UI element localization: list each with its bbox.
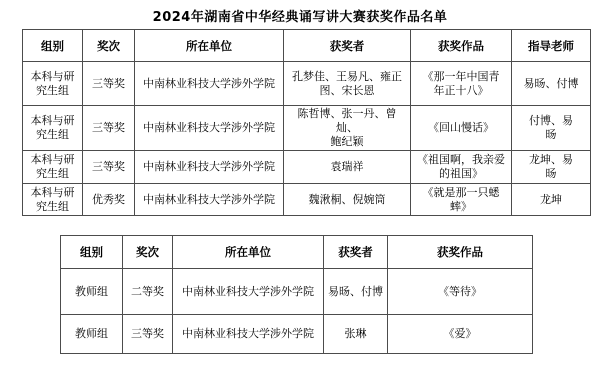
cell-group: 本科与研 究生组 xyxy=(23,106,83,151)
document-page: 2024年湖南省中华经典诵写讲大赛获奖作品名单 组别 奖次 所在单位 获奖者 获… xyxy=(0,0,600,366)
cell-winner: 魏湫桐、倪婉筒 xyxy=(284,184,411,216)
cell-work: 《等待》 xyxy=(388,269,533,315)
cell-award-level: 优秀奖 xyxy=(83,184,135,216)
table-row: 本科与研 究生组 三等奖 中南林业科技大学涉外学院 孔梦佳、王易凡、雍正 图、宋… xyxy=(23,62,591,106)
cell-work: 《就是那一只蟋 蟀》 xyxy=(411,184,512,216)
table-row: 教师组 三等奖 中南林业科技大学涉外学院 张琳 《爱》 xyxy=(61,315,533,354)
cell-work: 《祖国啊，我亲爱 的祖国》 xyxy=(411,151,512,184)
table-row: 教师组 二等奖 中南林业科技大学涉外学院 易旸、付博 《等待》 xyxy=(61,269,533,315)
table-row: 本科与研 究生组 优秀奖 中南林业科技大学涉外学院 魏湫桐、倪婉筒 《就是那一只… xyxy=(23,184,591,216)
cell-group: 教师组 xyxy=(61,315,123,354)
cell-winner: 陈哲博、张一丹、曾灿、 鲍纪颖 xyxy=(284,106,411,151)
table-header-row: 组别 奖次 所在单位 获奖者 获奖作品 指导老师 xyxy=(23,30,591,62)
table-row: 本科与研 究生组 三等奖 中南林业科技大学涉外学院 陈哲博、张一丹、曾灿、 鲍纪… xyxy=(23,106,591,151)
column-header-advisor: 指导老师 xyxy=(512,30,591,62)
table-row: 本科与研 究生组 三等奖 中南林业科技大学涉外学院 袁瑞祥 《祖国啊，我亲爱 的… xyxy=(23,151,591,184)
column-header-unit: 所在单位 xyxy=(173,236,324,269)
table-header-row: 组别 奖次 所在单位 获奖者 获奖作品 xyxy=(61,236,533,269)
cell-award-level: 三等奖 xyxy=(83,106,135,151)
column-header-group: 组别 xyxy=(61,236,123,269)
cell-award-level: 三等奖 xyxy=(83,62,135,106)
cell-unit: 中南林业科技大学涉外学院 xyxy=(173,269,324,315)
cell-winner: 袁瑞祥 xyxy=(284,151,411,184)
column-header-work: 获奖作品 xyxy=(411,30,512,62)
cell-winner: 易旸、付博 xyxy=(324,269,388,315)
cell-unit: 中南林业科技大学涉外学院 xyxy=(135,151,284,184)
cell-winner: 孔梦佳、王易凡、雍正 图、宋长恩 xyxy=(284,62,411,106)
cell-award-level: 三等奖 xyxy=(83,151,135,184)
cell-work: 《回山慢话》 xyxy=(411,106,512,151)
column-header-award-level: 奖次 xyxy=(123,236,173,269)
column-header-award-level: 奖次 xyxy=(83,30,135,62)
column-header-unit: 所在单位 xyxy=(135,30,284,62)
cell-advisor: 付博、易 旸 xyxy=(512,106,591,151)
cell-group: 本科与研 究生组 xyxy=(23,184,83,216)
cell-work: 《那一年中国青 年正十八》 xyxy=(411,62,512,106)
cell-work: 《爱》 xyxy=(388,315,533,354)
cell-group: 本科与研 究生组 xyxy=(23,62,83,106)
cell-group: 教师组 xyxy=(61,269,123,315)
awards-table-teachers: 组别 奖次 所在单位 获奖者 获奖作品 教师组 二等奖 中南林业科技大学涉外学院… xyxy=(60,235,533,354)
cell-unit: 中南林业科技大学涉外学院 xyxy=(135,62,284,106)
cell-unit: 中南林业科技大学涉外学院 xyxy=(135,184,284,216)
cell-advisor: 龙坤、易 旸 xyxy=(512,151,591,184)
cell-advisor: 龙坤 xyxy=(512,184,591,216)
column-header-winner: 获奖者 xyxy=(284,30,411,62)
cell-award-level: 二等奖 xyxy=(123,269,173,315)
page-title: 2024年湖南省中华经典诵写讲大赛获奖作品名单 xyxy=(0,9,600,27)
column-header-winner: 获奖者 xyxy=(324,236,388,269)
cell-winner: 张琳 xyxy=(324,315,388,354)
cell-group: 本科与研 究生组 xyxy=(23,151,83,184)
cell-advisor: 易旸、付博 xyxy=(512,62,591,106)
column-header-group: 组别 xyxy=(23,30,83,62)
cell-unit: 中南林业科技大学涉外学院 xyxy=(173,315,324,354)
awards-table-students: 组别 奖次 所在单位 获奖者 获奖作品 指导老师 本科与研 究生组 三等奖 中南… xyxy=(22,29,591,216)
column-header-work: 获奖作品 xyxy=(388,236,533,269)
cell-award-level: 三等奖 xyxy=(123,315,173,354)
cell-unit: 中南林业科技大学涉外学院 xyxy=(135,106,284,151)
